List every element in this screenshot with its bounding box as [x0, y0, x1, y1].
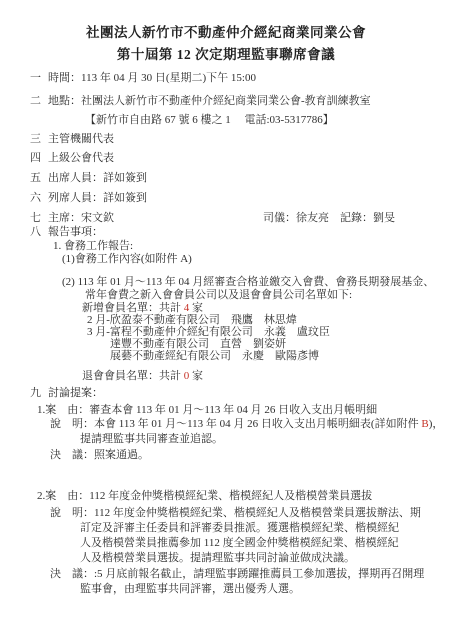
quit-members-suffix: 家 [189, 370, 203, 382]
agenda-item-time: 一時間：113 年 04 月 30 日(星期二)下午 15:00 [30, 72, 256, 85]
item-text: 上級公會代表 [48, 152, 114, 164]
item-text: 主席：宋文欽 [48, 212, 114, 224]
agenda-item-upper-assoc-rep: 四上級公會代表 [30, 152, 114, 165]
case1-subject: 1.案 由：審查本會 113 年 01 月～113 年 04 月 26 日收入支… [37, 404, 377, 417]
case2-resolution-line2: 監事會，由理監事共同評審，選出優秀人選。 [80, 583, 300, 596]
case1-resolution: 決 議：照案通過。 [50, 449, 149, 462]
meeting-minutes-document: 社團法人新竹市不動產仲介經紀商業同業公會 第十屆第 12 次定期理監事聯席會議 … [0, 0, 452, 640]
case2-subject: 2.案 由：112 年度金仲獎楷模經紀業、楷模經紀人及楷模營業員選拔 [37, 490, 372, 503]
case2-description-line3: 人及楷模營業員推薦參加 112 度全國金仲獎楷模經紀業、楷模經紀 [80, 537, 399, 550]
case1-description-cont: 提請理監事共同審查並追認。 [80, 433, 223, 446]
quit-members-prefix: 退會會員名單：共計 [82, 370, 184, 382]
agenda-item-authority-rep: 三主管機關代表 [30, 133, 114, 146]
case1-desc-suffix: )， [429, 418, 444, 430]
item-text: 列席人員：詳如簽到 [48, 192, 147, 204]
new-members-suffix: 家 [189, 302, 203, 314]
item-number: 六 [30, 192, 48, 205]
agenda-address: 【新竹市自由路 67 號 6 樓之 1 電話:03-5317786】 [85, 114, 334, 127]
item-text: 報告事項： [48, 226, 103, 238]
item-text: 時間：113 年 04 月 30 日(星期二)下午 15:00 [48, 72, 256, 84]
item-text: 出席人員：詳如簽到 [48, 172, 147, 184]
case2-description-line2: 訂定及評審主任委員和評審委員推派。獲選楷模經紀業、楷模經紀 [80, 522, 399, 535]
report-work-item2-line1: (2) 113 年 01 月～113 年 04 月經審查合格並繳交入會費、會務長… [62, 276, 434, 289]
item-number: 一 [30, 72, 48, 85]
case1-description: 說 明：本會 113 年 01 月～113 年 04 月 26 日收入支出月帳明… [50, 418, 443, 431]
case2-resolution-line1: 決 議：:5 月底前報名截止，請理監事踴躍推薦員工參加選拔，擇期再召開理 [50, 568, 424, 581]
item-number: 四 [30, 152, 48, 165]
agenda-item-location: 二地點：社團法人新竹市不動產仲介經紀商業同業公會-教育訓練教室 [30, 95, 371, 108]
report-work-item1: (1)會務工作內容(如附件 A) [62, 253, 192, 266]
report-work-title: 1. 會務工作報告: [53, 240, 133, 253]
quit-members-summary: 退會會員名單：共計 0 家 [82, 370, 203, 383]
item-text: 主管機關代表 [48, 133, 114, 145]
agenda-item-chair: 七主席：宋文欽 [30, 212, 114, 225]
emcee-and-recorder: 司儀：徐友亮 記錄：劉旻 [263, 212, 395, 225]
item-number: 五 [30, 172, 48, 185]
agenda-item-reports: 八報告事項： [30, 226, 103, 239]
report-work-item2-line2: 常年會費之新入會會員公司以及退會會員公司名單如下: [85, 289, 352, 302]
agenda-item-observers: 六列席人員：詳如簽到 [30, 192, 147, 205]
member-row: 展藝不動產經紀有限公司 永慶 歐陽彥博 [110, 350, 319, 363]
item-number: 九 [30, 387, 48, 400]
case1-attachment-ref: B [421, 418, 428, 430]
case1-desc-prefix: 說 明：本會 113 年 01 月～113 年 04 月 26 日收入支出月帳明… [50, 418, 421, 430]
agenda-item-attendees: 五出席人員：詳如簽到 [30, 172, 147, 185]
meeting-title: 第十屆第 12 次定期理監事聯席會議 [0, 48, 452, 61]
item-text: 地點：社團法人新竹市不動產仲介經紀商業同業公會-教育訓練教室 [48, 95, 371, 107]
item-number: 八 [30, 226, 48, 239]
new-members-prefix: 新增會員名單：共計 [82, 302, 184, 314]
item-number: 三 [30, 133, 48, 146]
item-number: 二 [30, 95, 48, 108]
case2-description-line1: 說 明：112 年度金仲獎楷模經紀業、楷模經紀人及楷模營業員選拔辦法、期 [50, 507, 421, 520]
case2-description-line4: 人及楷模營業員選拔。提請理監事共同討論並做成決議。 [80, 552, 355, 565]
agenda-item-discussion: 九討論提案： [30, 387, 103, 400]
item-text: 討論提案： [48, 387, 103, 399]
item-number: 七 [30, 212, 48, 225]
org-title: 社團法人新竹市不動產仲介經紀商業同業公會 [0, 26, 452, 39]
